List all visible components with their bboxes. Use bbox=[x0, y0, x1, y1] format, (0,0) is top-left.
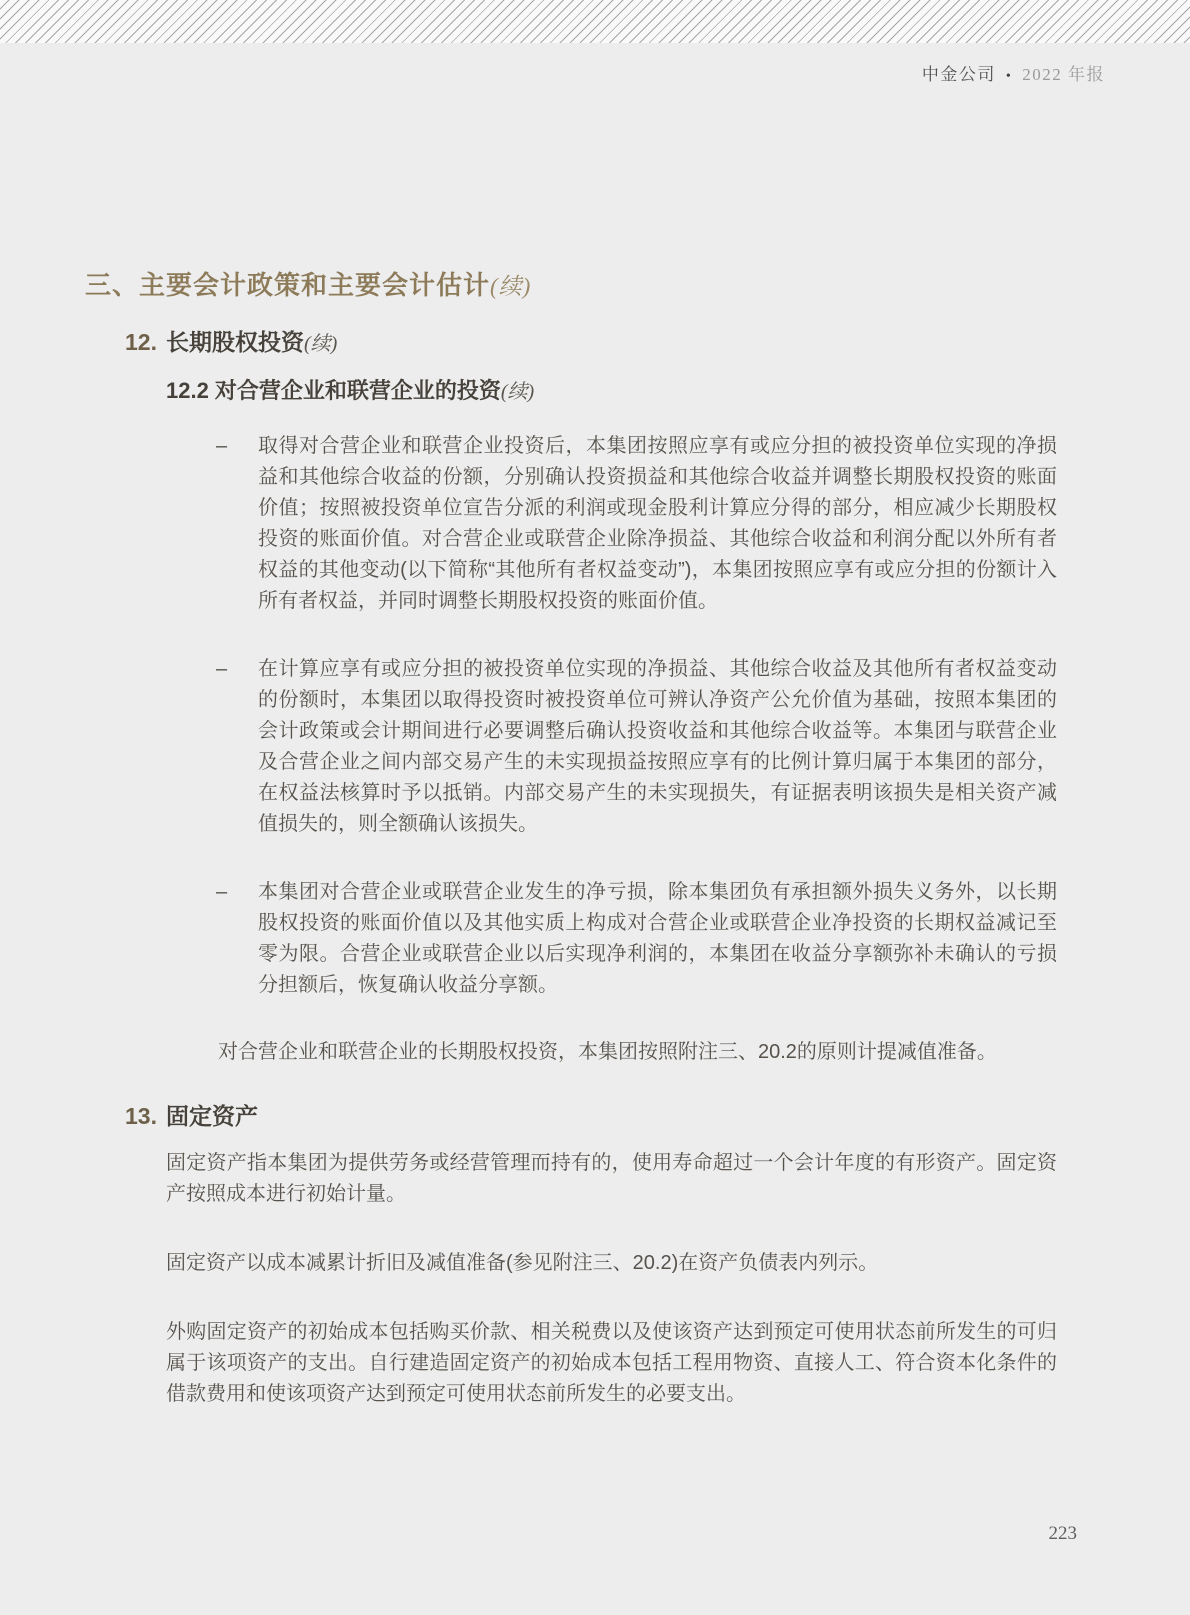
chapter-title: 三、主要会计政策和主要会计估计(续) bbox=[85, 265, 1190, 302]
bullet-text: 在计算应享有或应分担的被投资单位实现的净损益、其他综合收益及其他所有者权益变动的… bbox=[258, 654, 1057, 840]
section-12-heading: 12.长期股权投资(续) bbox=[125, 324, 1190, 357]
bullet-item: – 本集团对合营企业或联营企业发生的净亏损，除本集团负有承担额外损失义务外，以长… bbox=[216, 877, 1057, 1001]
document-page: 中金公司•2022 年报 三、主要会计政策和主要会计估计(续) 12.长期股权投… bbox=[0, 0, 1190, 1615]
section-13-number: 13. bbox=[125, 1103, 166, 1130]
chapter-title-continued-mark: (续) bbox=[490, 274, 531, 299]
bullet-item: – 在计算应享有或应分担的被投资单位实现的净损益、其他综合收益及其他所有者权益变… bbox=[216, 654, 1057, 840]
section-13-paragraph: 外购固定资产的初始成本包括购买价款、相关税费以及使该资产达到预定可使用状态前所发… bbox=[166, 1317, 1057, 1410]
section-12-title: 长期股权投资 bbox=[166, 329, 304, 355]
bullet-text: 取得对合营企业和联营企业投资后，本集团按照应享有或应分担的被投资单位实现的净损益… bbox=[258, 431, 1057, 617]
section-13-heading: 13.固定资产 bbox=[125, 1098, 1190, 1131]
section-13-title: 固定资产 bbox=[166, 1103, 258, 1129]
page-content: 三、主要会计政策和主要会计估计(续) 12.长期股权投资(续) 12.2对合营企… bbox=[0, 0, 1190, 1410]
page-number: 223 bbox=[1049, 1523, 1078, 1545]
section-12-2-heading: 12.2对合营企业和联营企业的投资(续) bbox=[166, 374, 1190, 405]
dash-bullet-marker: – bbox=[216, 431, 258, 617]
section-12-number: 12. bbox=[125, 329, 166, 356]
chapter-title-text: 三、主要会计政策和主要会计估计 bbox=[85, 270, 490, 300]
bullet-text: 本集团对合营企业或联营企业发生的净亏损，除本集团负有承担额外损失义务外，以长期股… bbox=[258, 877, 1057, 1001]
section-12-2-continued-mark: (续) bbox=[501, 381, 534, 403]
dash-bullet-marker: – bbox=[216, 654, 258, 840]
section-12-2-title: 对合营企业和联营企业的投资 bbox=[215, 378, 501, 403]
dash-bullet-marker: – bbox=[216, 877, 258, 1001]
bullet-item: – 取得对合营企业和联营企业投资后，本集团按照应享有或应分担的被投资单位实现的净… bbox=[216, 431, 1057, 617]
section-12-2-number: 12.2 bbox=[166, 378, 209, 403]
section-12-continued-mark: (续) bbox=[304, 333, 337, 355]
section-12-closing-paragraph: 对合营企业和联营企业的长期股权投资，本集团按照附注三、20.2的原则计提减值准备… bbox=[218, 1037, 1057, 1068]
section-13-paragraph: 固定资产指本集团为提供劳务或经营管理而持有的，使用寿命超过一个会计年度的有形资产… bbox=[166, 1148, 1057, 1210]
section-13-paragraph: 固定资产以成本减累计折旧及减值准备(参见附注三、20.2)在资产负债表内列示。 bbox=[166, 1248, 1057, 1279]
